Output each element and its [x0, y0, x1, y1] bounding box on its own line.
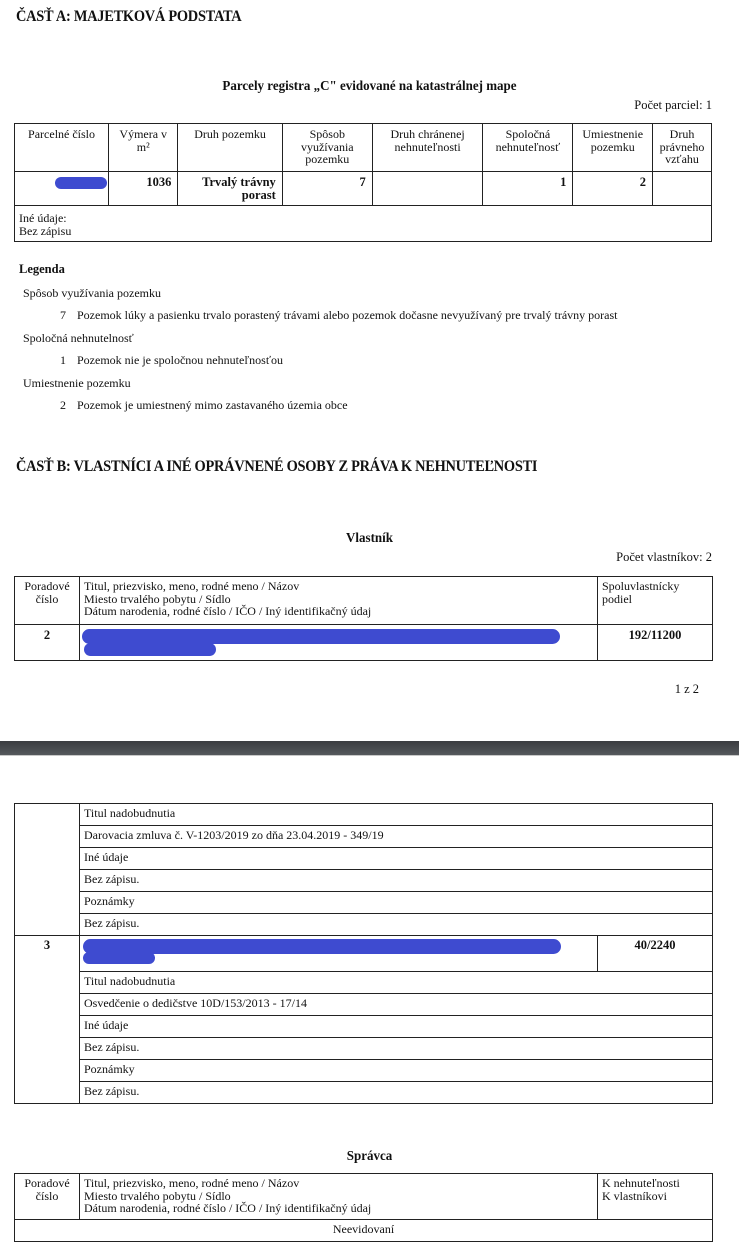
other-info-value: Bez zápisu.: [80, 870, 713, 892]
col-identity: Titul, priezvisko, meno, rodné meno / Ná…: [80, 1174, 598, 1220]
redaction-mark: [83, 939, 561, 954]
notes-value: Bez zápisu.: [80, 1082, 713, 1104]
other-info-cell: Iné údaje: Bez zápisu: [15, 206, 712, 242]
acquisition-value: Darovacia zmluva č. V-1203/2019 zo dňa 2…: [80, 826, 713, 848]
owner-identity: [80, 625, 598, 661]
col-area: Výmera v m²: [109, 124, 178, 172]
owner-order: 2: [15, 625, 80, 661]
owner-share: 192/11200: [598, 625, 713, 661]
col-land-type: Druh pozemku: [178, 124, 282, 172]
redaction-mark: [84, 643, 216, 656]
administrator-title: Správca: [0, 1148, 739, 1165]
table-row: 2 192/11200: [15, 625, 713, 661]
legend-item: 2 Pozemok je umiestnený mimo zastavaného…: [60, 398, 348, 413]
legend-group-label: Umiestnenie pozemku: [23, 376, 131, 391]
acquisition-value: Osvedčenie o dedičstve 10D/153/2013 - 17…: [80, 994, 713, 1016]
acquisition-label: Titul nadobudnutia: [80, 972, 713, 994]
col-location: Umiestnenie pozemku: [573, 124, 653, 172]
parcel-count: Počet parciel: 1: [634, 98, 712, 113]
page-divider: [0, 741, 739, 756]
land-type-cell: Trvalý trávny porast: [178, 172, 282, 206]
protected-type-cell: [372, 172, 483, 206]
legal-relation-cell: [653, 172, 712, 206]
owner-order: 3: [15, 936, 80, 1104]
col-identity: Titul, priezvisko, meno, rodné meno / Ná…: [80, 577, 598, 625]
col-common-property: Spoločná nehnuteľnosť: [483, 124, 573, 172]
col-order: Poradové číslo: [15, 577, 80, 625]
owners-details-table: Titul nadobudnutia Darovacia zmluva č. V…: [14, 803, 713, 1104]
part-b-title: ČASŤ B: VLASTNÍCI A INÉ OPRÁVNENÉ OSOBY …: [16, 458, 537, 476]
other-info-value: Bez zápisu.: [80, 1038, 713, 1060]
owner-continuation-cell: [15, 804, 80, 936]
administrator-table: Poradové číslo Titul, priezvisko, meno, …: [14, 1173, 713, 1242]
acquisition-label: Titul nadobudnutia: [80, 804, 713, 826]
col-order: Poradové číslo: [15, 1174, 80, 1220]
col-parcel-number: Parcelné číslo: [15, 124, 109, 172]
table-row: 1036 Trvalý trávny porast 7 1 2: [15, 172, 712, 206]
parcel-number-cell: [15, 172, 109, 206]
redaction-mark: [82, 629, 560, 644]
owner-identity: [80, 936, 598, 972]
usage-cell: 7: [282, 172, 372, 206]
common-property-cell: 1: [483, 172, 573, 206]
page-number: 1 z 2: [675, 682, 699, 697]
legend-title: Legenda: [19, 262, 65, 277]
legend-group-label: Spôsob využívania pozemku: [23, 286, 161, 301]
legend-group-label: Spoločná nehnutelnosť: [23, 331, 134, 346]
redaction-mark: [55, 177, 107, 189]
table-row: 3 40/2240: [15, 936, 713, 972]
col-usage: Spôsob využívania pozemku: [282, 124, 372, 172]
other-info-label: Iné údaje: [80, 848, 713, 870]
legend-item: 1 Pozemok nie je spoločnou nehnuteľnosťo…: [60, 353, 283, 368]
part-a-title: ČASŤ A: MAJETKOVÁ PODSTATA: [16, 8, 241, 26]
notes-value: Bez zápisu.: [80, 914, 713, 936]
administrator-value: Neevidovaní: [15, 1220, 713, 1242]
col-legal-relation: Druh právneho vzťahu: [653, 124, 712, 172]
parcels-table: Parcelné číslo Výmera v m² Druh pozemku …: [14, 123, 712, 242]
col-share: Spoluvlastnícky podiel: [598, 577, 713, 625]
other-info-label: Iné údaje: [80, 1016, 713, 1038]
owner-share: 40/2240: [598, 936, 713, 972]
col-protected-type: Druh chránenej nehnuteľnosti: [372, 124, 483, 172]
owner-count: Počet vlastníkov: 2: [616, 550, 712, 565]
notes-label: Poznámky: [80, 892, 713, 914]
redaction-mark: [83, 952, 155, 964]
owners-table: Poradové číslo Titul, priezvisko, meno, …: [14, 576, 713, 661]
parcels-table-title: Parcely registra „C" evidované na katast…: [0, 78, 739, 95]
owner-table-title: Vlastník: [0, 530, 739, 547]
col-relation: K nehnuteľnosti K vlastníkovi: [598, 1174, 713, 1220]
notes-label: Poznámky: [80, 1060, 713, 1082]
area-cell: 1036: [109, 172, 178, 206]
location-cell: 2: [573, 172, 653, 206]
legend-item: 7 Pozemok lúky a pasienku trvalo poraste…: [60, 308, 618, 323]
parcels-header-row: Parcelné číslo Výmera v m² Druh pozemku …: [15, 124, 712, 172]
